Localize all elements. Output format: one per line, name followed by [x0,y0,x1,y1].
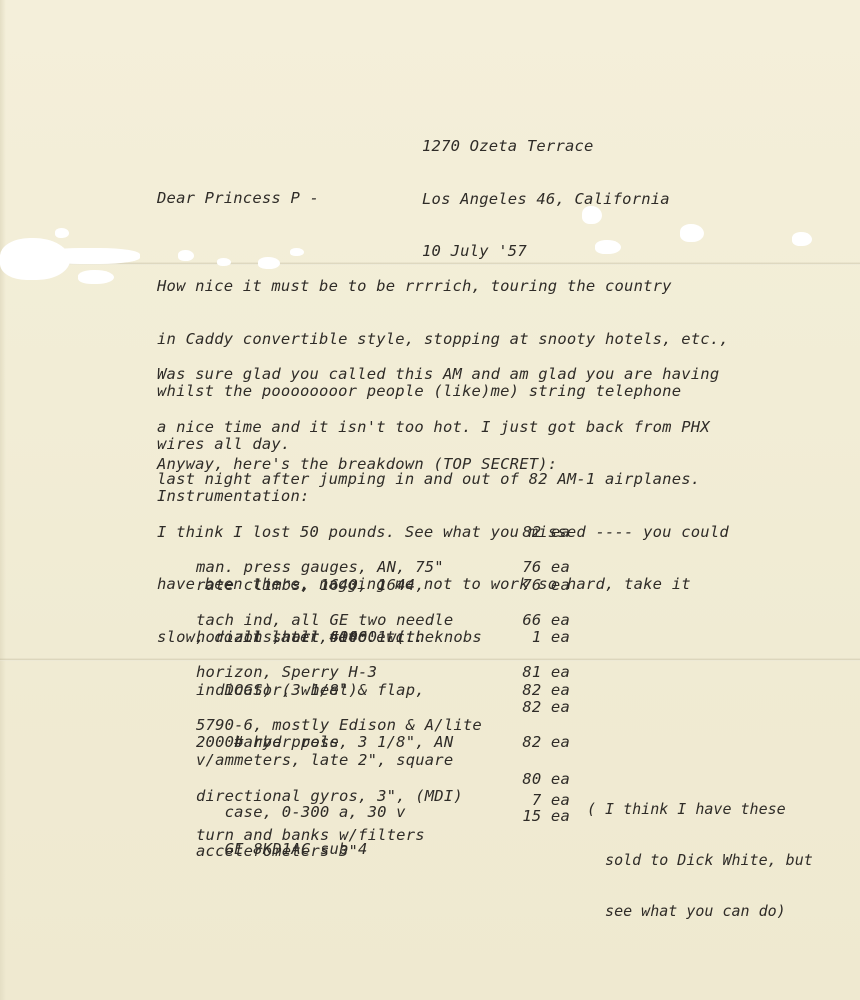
paper-damage [792,232,812,246]
item-quantity: 82 ea [518,524,570,542]
item-quantity: 1 ea [518,629,570,647]
item-quantity: 66 ea [518,612,570,630]
item-quantity: 76 ea [518,577,570,595]
breakdown-intro: Anyway, here's the breakdown (TOP SECRET… [157,456,557,474]
paper-damage [78,270,114,284]
paragraph-line: last night after jumping in and out of 8… [157,471,729,489]
paper-damage [40,248,140,264]
paper-edge-shadow [0,0,6,1000]
paragraph-line: How nice it must be to be rrrrich, touri… [157,278,729,296]
item-quantity: 15 ea [518,808,570,826]
inventory-list: man. press gauges, AN, 75" 82 ea rate cl… [196,524,596,834]
paper-damage [680,224,704,242]
item-quantity: 80 ea [518,771,570,789]
address-street: 1270 Ozeta Terrace [422,138,670,156]
section-heading: Instrumentation: [157,488,310,506]
item-quantity: 82 ea [518,699,570,717]
aside-line: sold to Dick White, but [587,852,813,869]
salutation: Dear Princess P - [157,190,319,208]
item-quantity: 76 ea [518,559,570,577]
paragraph-line: Was sure glad you called this AM and am … [157,366,729,384]
aside-line: see what you can do) [587,903,813,920]
paper-damage [55,228,69,238]
address-city: Los Angeles 46, California [422,191,670,209]
item-quantity: 81 ea [518,664,570,682]
inventory-item: accelerometers 3" [196,808,358,896]
item-quantity: 82 ea [518,734,570,752]
item-quantity: 82 ea [518,682,570,700]
paragraph-line: a nice time and it isn't too hot. I just… [157,419,729,437]
aside-line: ( I think I have these [587,801,813,818]
aside-note: ( I think I have these sold to Dick Whit… [587,767,813,937]
item-description: accelerometers 3" [196,843,358,861]
